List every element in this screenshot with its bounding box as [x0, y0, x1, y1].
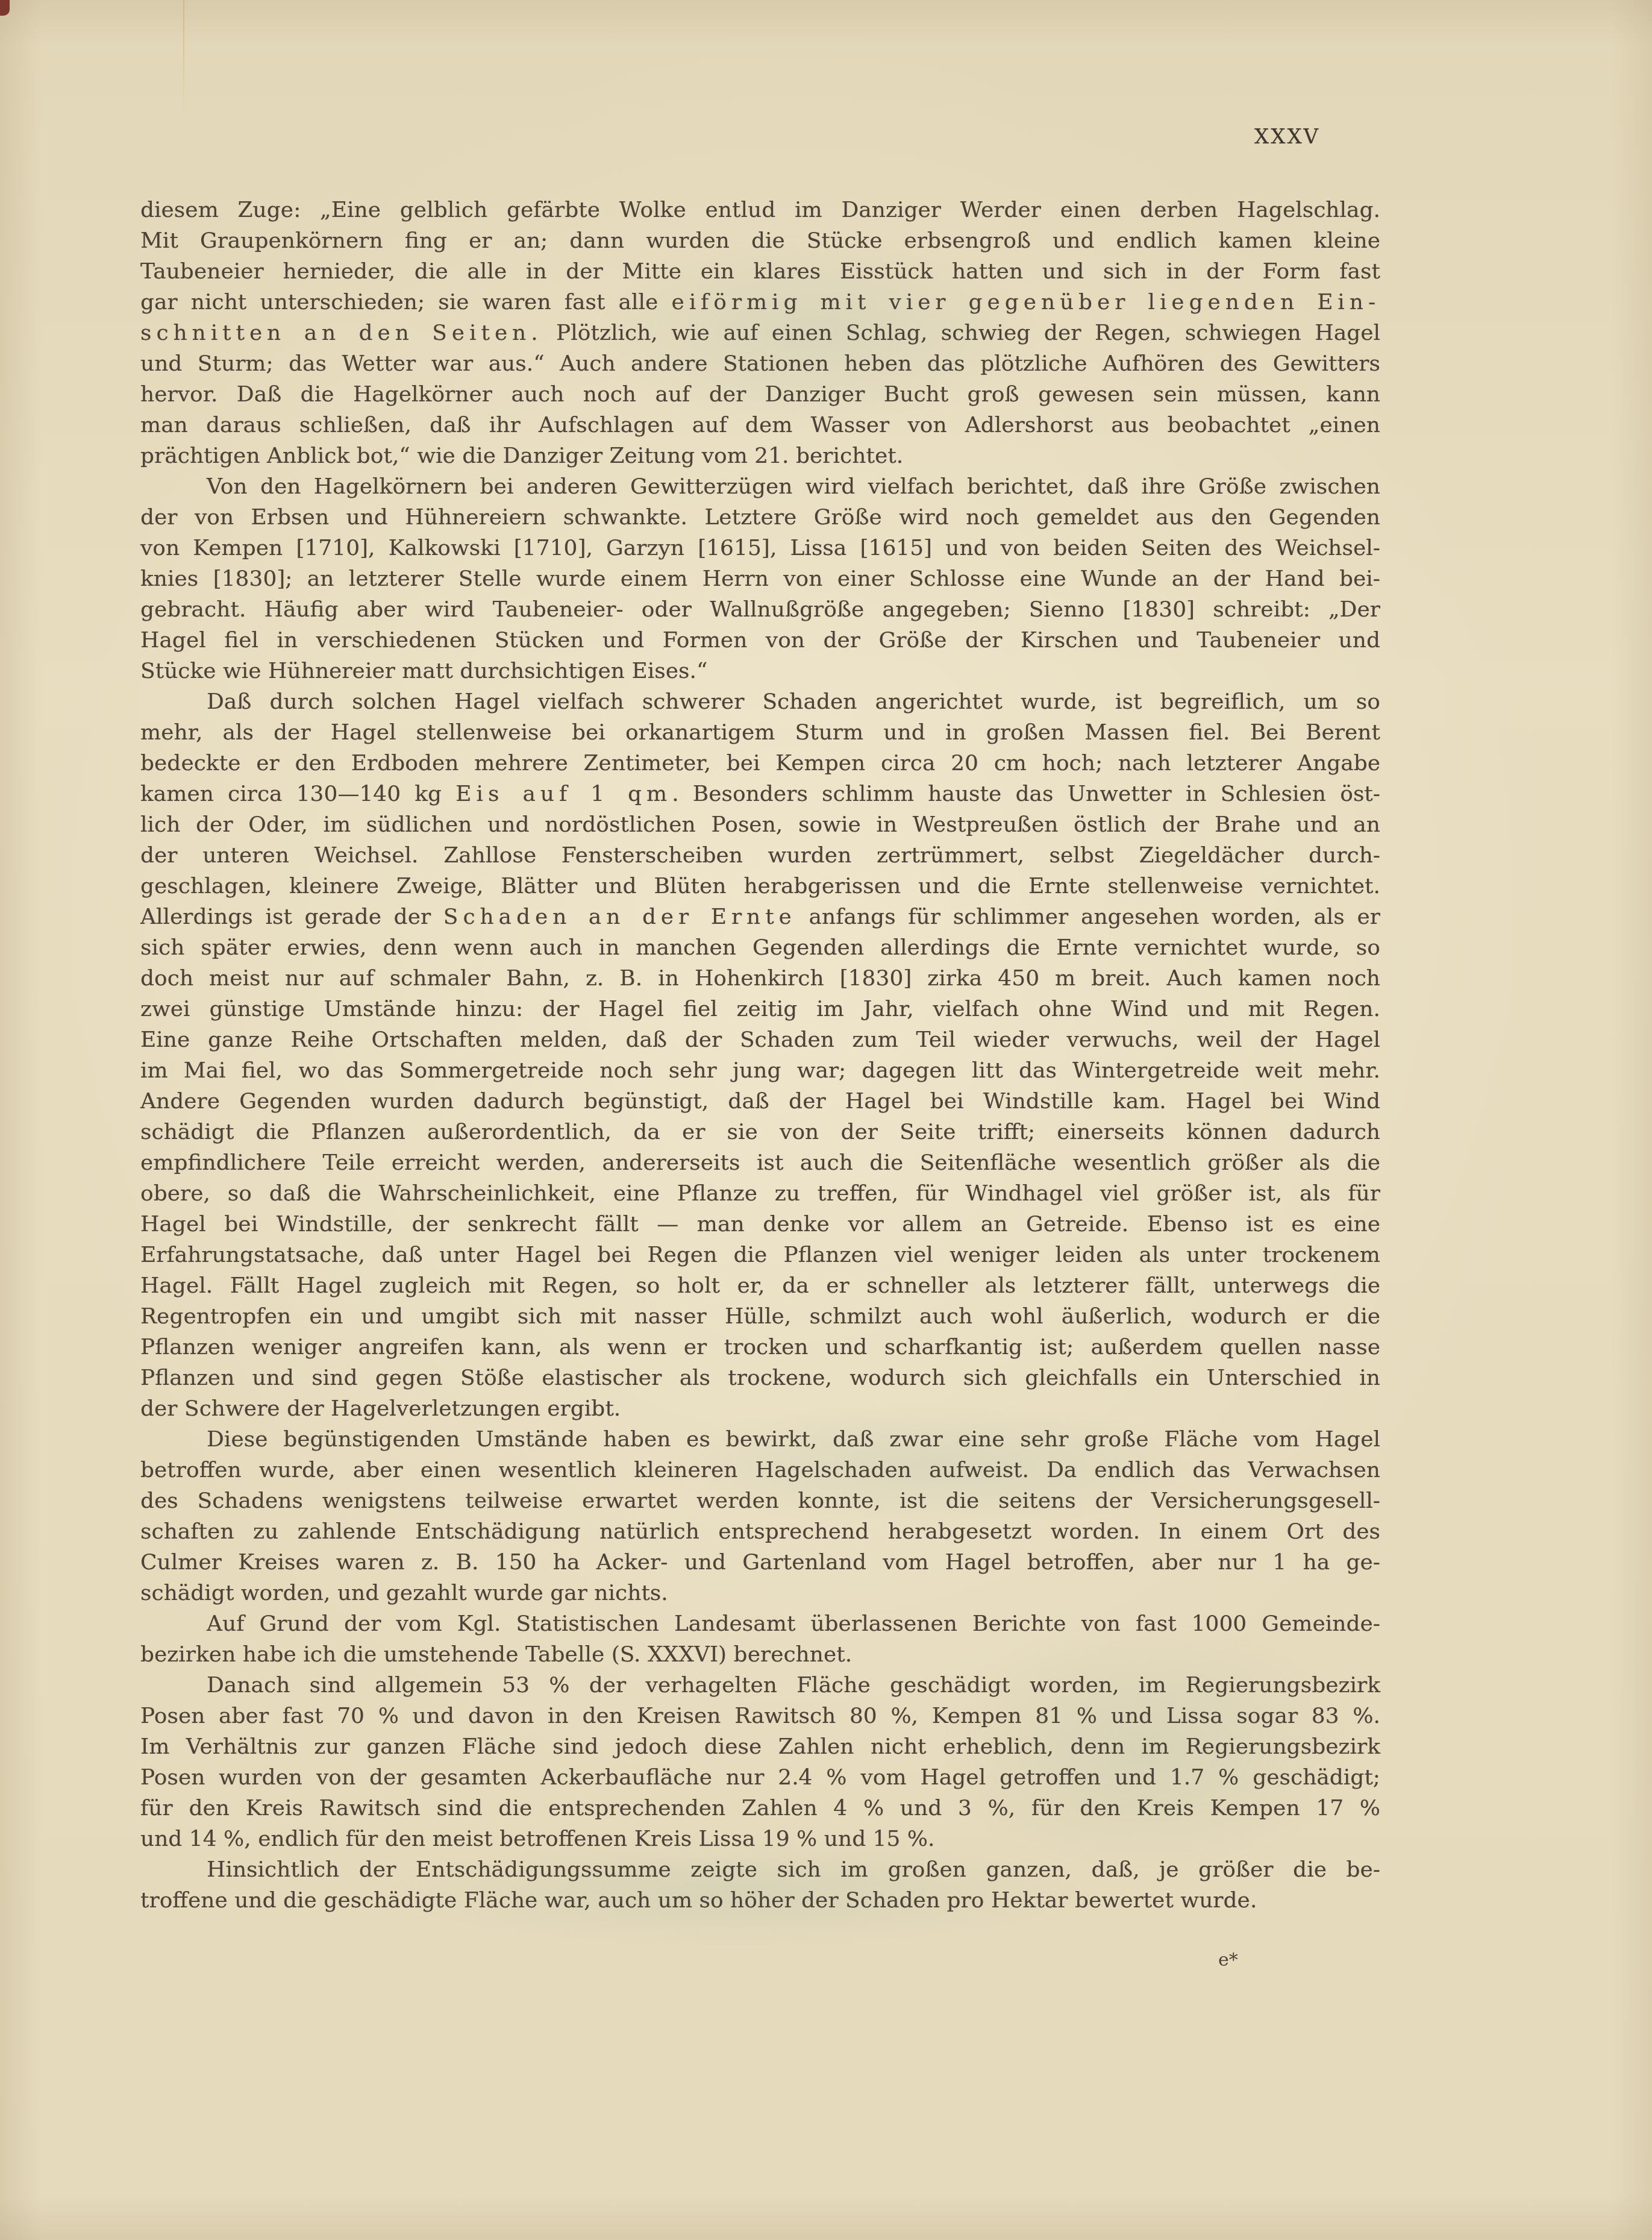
- text-segment: zwei günstige Umstände hinzu: der Hagel …: [140, 997, 1380, 1021]
- text-line: kamen circa 130—140 kg Eis auf 1 qm. Bes…: [140, 779, 1380, 809]
- emphasized-text: schnitten an den Seiten.: [140, 321, 543, 345]
- text-segment: kamen circa 130—140 kg: [140, 782, 455, 806]
- text-line: bedeckte er den Erdboden mehrere Zentime…: [140, 748, 1380, 779]
- text-segment: geschlagen, kleinere Zweige, Blätter und…: [140, 874, 1380, 899]
- text-segment: hervor. Daß die Hagelkörner auch noch au…: [140, 382, 1380, 407]
- text-segment: Diese begünstigenden Umstände haben es b…: [207, 1427, 1380, 1452]
- text-segment: Plötzlich, wie auf einen Schlag, schwieg…: [543, 321, 1380, 345]
- text-segment: Erfahrungstatsache, daß unter Hagel bei …: [140, 1243, 1380, 1267]
- text-segment: troffene und die geschädigte Fläche war,…: [140, 1888, 1257, 1913]
- text-segment: Allerdings ist gerade der: [140, 905, 443, 929]
- text-segment: der von Erbsen und Hühnereiern schwankte…: [140, 505, 1380, 530]
- text-segment: sich später erwies, denn wenn auch in ma…: [140, 935, 1380, 960]
- text-segment: man daraus schließen, daß ihr Aufschlage…: [140, 413, 1380, 438]
- text-line: Danach sind allgemein 53 % der verhagelt…: [140, 1670, 1380, 1701]
- text-line: lich der Oder, im südlichen und nordöstl…: [140, 809, 1380, 840]
- text-segment: Hagel. Fällt Hagel zugleich mit Regen, s…: [140, 1273, 1380, 1298]
- text-segment: Im Verhältnis zur ganzen Fläche sind jed…: [140, 1734, 1380, 1759]
- text-segment: bezirken habe ich die umstehende Tabelle…: [140, 1642, 852, 1667]
- text-line: Stücke wie Hühnereier matt durchsichtige…: [140, 656, 1380, 686]
- text-segment: Von den Hagelkörnern bei anderen Gewitte…: [207, 474, 1380, 499]
- text-line: gar nicht unterschieden; sie waren fast …: [140, 287, 1380, 318]
- text-line: Im Verhältnis zur ganzen Fläche sind jed…: [140, 1731, 1380, 1762]
- text-line: Eine ganze Reihe Ortschaften melden, daß…: [140, 1024, 1380, 1055]
- text-line: Mit Graupenkörnern fing er an; dann wurd…: [140, 225, 1380, 256]
- text-line: Culmer Kreises waren z. B. 150 ha Acker-…: [140, 1547, 1380, 1578]
- text-segment: Hagel bei Windstille, der senkrecht fäll…: [140, 1212, 1380, 1237]
- text-line: Posen wurden von der gesamten Ackerbaufl…: [140, 1762, 1380, 1793]
- text-line: Taubeneier hernieder, die alle in der Mi…: [140, 256, 1380, 287]
- text-line: bezirken habe ich die umstehende Tabelle…: [140, 1639, 1380, 1670]
- text-line: der unteren Weichsel. Zahllose Fenstersc…: [140, 840, 1380, 871]
- text-line: der Schwere der Hagelverletzungen ergibt…: [140, 1393, 1380, 1424]
- text-line: Regentropfen ein und umgibt sich mit nas…: [140, 1301, 1380, 1332]
- text-line: Daß durch solchen Hagel vielfach schwere…: [140, 686, 1380, 717]
- text-line: doch meist nur auf schmaler Bahn, z. B. …: [140, 963, 1380, 994]
- text-line: troffene und die geschädigte Fläche war,…: [140, 1885, 1380, 1916]
- text-segment: Auf Grund der vom Kgl. Statistischen Lan…: [207, 1611, 1380, 1636]
- text-segment: Hinsichtlich der Entschädigungssumme zei…: [207, 1857, 1380, 1882]
- text-segment: obere, so daß die Wahrscheinlichkeit, ei…: [140, 1181, 1380, 1206]
- text-segment: der unteren Weichsel. Zahllose Fenstersc…: [140, 843, 1380, 868]
- text-segment: für den Kreis Rawitsch sind die entsprec…: [140, 1796, 1380, 1821]
- text-segment: schädigt worden, und gezahlt wurde gar n…: [140, 1581, 668, 1605]
- text-segment: empfindlichere Teile erreicht werden, an…: [140, 1150, 1380, 1175]
- text-segment: schädigt die Pflanzen außerordentlich, d…: [140, 1120, 1380, 1144]
- text-line: man daraus schließen, daß ihr Aufschlage…: [140, 410, 1380, 441]
- text-line: und 14 %, endlich für den meist betroffe…: [140, 1824, 1380, 1854]
- text-segment: und 14 %, endlich für den meist betroffe…: [140, 1827, 935, 1851]
- text-segment: Andere Gegenden wurden dadurch begünstig…: [140, 1089, 1380, 1114]
- text-segment: mehr, als der Hagel stellenweise bei ork…: [140, 720, 1380, 745]
- text-segment: Mit Graupenkörnern fing er an; dann wurd…: [140, 228, 1380, 253]
- text-line: Hagel fiel in verschiedenen Stücken und …: [140, 625, 1380, 656]
- text-segment: und Sturm; das Wetter war aus.“ Auch and…: [140, 351, 1380, 376]
- text-line: der von Erbsen und Hühnereiern schwankte…: [140, 502, 1380, 533]
- text-segment: Pflanzen und sind gegen Stöße elastische…: [140, 1366, 1380, 1390]
- text-line: Hagel bei Windstille, der senkrecht fäll…: [140, 1209, 1380, 1240]
- text-line: im Mai fiel, wo das Sommergetreide noch …: [140, 1055, 1380, 1086]
- text-segment: Regentropfen ein und umgibt sich mit nas…: [140, 1304, 1380, 1329]
- text-line: schaften zu zahlende Entschädigung natür…: [140, 1516, 1380, 1547]
- text-segment: Daß durch solchen Hagel vielfach schwere…: [207, 689, 1380, 714]
- text-segment: Pflanzen weniger angreifen kann, als wen…: [140, 1335, 1380, 1360]
- text-segment: Stücke wie Hühnereier matt durchsichtige…: [140, 659, 707, 683]
- text-line: Auf Grund der vom Kgl. Statistischen Lan…: [140, 1608, 1380, 1639]
- text-line: obere, so daß die Wahrscheinlichkeit, ei…: [140, 1178, 1380, 1209]
- text-line: und Sturm; das Wetter war aus.“ Auch and…: [140, 348, 1380, 379]
- text-line: schädigt die Pflanzen außerordentlich, d…: [140, 1117, 1380, 1147]
- text-segment: der Schwere der Hagelverletzungen ergibt…: [140, 1396, 621, 1421]
- text-line: geschlagen, kleinere Zweige, Blätter und…: [140, 871, 1380, 902]
- text-line: schnitten an den Seiten. Plötzlich, wie …: [140, 318, 1380, 348]
- text-segment: gebracht. Häufig aber wird Taubeneier- o…: [140, 597, 1380, 622]
- page-number: XXXV: [1254, 125, 1320, 149]
- emphasized-text: eiförmig mit vier gegenüber liegenden Ei…: [671, 290, 1380, 315]
- text-segment: betroffen wurde, aber einen wesentlich k…: [140, 1458, 1380, 1482]
- paper-crease: [183, 0, 184, 118]
- text-segment: doch meist nur auf schmaler Bahn, z. B. …: [140, 966, 1380, 991]
- text-segment: lich der Oder, im südlichen und nordöstl…: [140, 812, 1380, 837]
- text-segment: diesem Zuge: „Eine gelblich gefärbte Wol…: [140, 198, 1380, 222]
- text-line: Erfahrungstatsache, daß unter Hagel bei …: [140, 1240, 1380, 1270]
- text-line: mehr, als der Hagel stellenweise bei ork…: [140, 717, 1380, 748]
- text-segment: . Besonders schlimm hauste das Unwetter …: [672, 782, 1380, 806]
- text-line: des Schadens wenigstens teilweise erwart…: [140, 1485, 1380, 1516]
- text-line: Posen aber fast 70 % und davon in den Kr…: [140, 1701, 1380, 1731]
- text-segment: gar nicht unterschieden; sie waren fast …: [140, 290, 671, 315]
- text-line: schädigt worden, und gezahlt wurde gar n…: [140, 1578, 1380, 1608]
- text-segment: bedeckte er den Erdboden mehrere Zentime…: [140, 751, 1380, 776]
- text-line: sich später erwies, denn wenn auch in ma…: [140, 932, 1380, 963]
- text-segment: Hagel fiel in verschiedenen Stücken und …: [140, 628, 1380, 653]
- text-segment: Posen wurden von der gesamten Ackerbaufl…: [140, 1765, 1380, 1790]
- text-line: betroffen wurde, aber einen wesentlich k…: [140, 1455, 1380, 1485]
- text-line: hervor. Daß die Hagelkörner auch noch au…: [140, 379, 1380, 410]
- text-block: diesem Zuge: „Eine gelblich gefärbte Wol…: [140, 195, 1380, 1916]
- text-segment: prächtigen Anblick bot,“ wie die Danzige…: [140, 444, 903, 468]
- book-page: XXXV diesem Zuge: „Eine gelblich gefärbt…: [0, 0, 1652, 2240]
- text-segment: von Kempen [1710], Kalkowski [1710], Gar…: [140, 536, 1380, 560]
- text-segment: Culmer Kreises waren z. B. 150 ha Acker-…: [140, 1550, 1380, 1575]
- text-segment: des Schadens wenigstens teilweise erwart…: [140, 1489, 1380, 1513]
- signature-mark: e*: [1218, 1950, 1238, 1971]
- text-line: Pflanzen weniger angreifen kann, als wen…: [140, 1332, 1380, 1363]
- text-segment: schaften zu zahlende Entschädigung natür…: [140, 1519, 1380, 1544]
- text-line: knies [1830]; an letzterer Stelle wurde …: [140, 563, 1380, 594]
- text-line: Hinsichtlich der Entschädigungssumme zei…: [140, 1854, 1380, 1885]
- text-segment: Danach sind allgemein 53 % der verhagelt…: [207, 1673, 1380, 1698]
- text-line: Andere Gegenden wurden dadurch begünstig…: [140, 1086, 1380, 1117]
- text-line: für den Kreis Rawitsch sind die entsprec…: [140, 1793, 1380, 1824]
- text-segment: anfangs für schlimmer angesehen worden, …: [796, 905, 1380, 929]
- text-line: Allerdings ist gerade der Schaden an der…: [140, 902, 1380, 932]
- text-segment: Posen aber fast 70 % und davon in den Kr…: [140, 1704, 1380, 1728]
- text-line: empfindlichere Teile erreicht werden, an…: [140, 1147, 1380, 1178]
- text-segment: knies [1830]; an letzterer Stelle wurde …: [140, 566, 1380, 591]
- text-line: von Kempen [1710], Kalkowski [1710], Gar…: [140, 533, 1380, 563]
- emphasized-text: Eis auf 1 qm: [455, 782, 672, 806]
- text-line: zwei günstige Umstände hinzu: der Hagel …: [140, 994, 1380, 1024]
- text-line: Von den Hagelkörnern bei anderen Gewitte…: [140, 471, 1380, 502]
- emphasized-text: Schaden an der Ernte: [443, 905, 796, 929]
- text-line: prächtigen Anblick bot,“ wie die Danzige…: [140, 441, 1380, 471]
- text-segment: Taubeneier hernieder, die alle in der Mi…: [140, 259, 1380, 284]
- text-line: Hagel. Fällt Hagel zugleich mit Regen, s…: [140, 1270, 1380, 1301]
- text-line: gebracht. Häufig aber wird Taubeneier- o…: [140, 594, 1380, 625]
- text-segment: im Mai fiel, wo das Sommergetreide noch …: [140, 1058, 1380, 1083]
- text-segment: Eine ganze Reihe Ortschaften melden, daß…: [140, 1027, 1380, 1052]
- text-line: Pflanzen und sind gegen Stöße elastische…: [140, 1363, 1380, 1393]
- corner-stain: [0, 0, 10, 16]
- text-line: Diese begünstigenden Umstände haben es b…: [140, 1424, 1380, 1455]
- text-line: diesem Zuge: „Eine gelblich gefärbte Wol…: [140, 195, 1380, 225]
